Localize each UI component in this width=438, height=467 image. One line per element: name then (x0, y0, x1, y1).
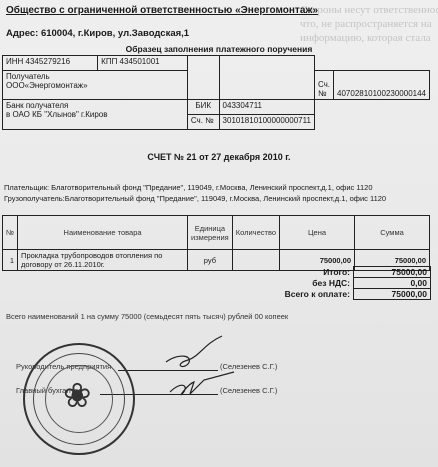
total-value: 75000,00 (354, 267, 431, 278)
col-header-unit: Единица измерения (188, 216, 233, 250)
due-label: Всего к оплате: (200, 289, 354, 300)
payment-sample-title: Образец заполнения платежного поручения (0, 44, 438, 54)
summary-line: Всего наименований 1 на сумму 75000 (сем… (6, 312, 288, 321)
vat-value: 0,00 (354, 278, 431, 289)
consignee-line: Грузополучатель:Благотворительный фонд "… (4, 194, 386, 203)
col-header-name: Наименование товара (18, 216, 188, 250)
bank-name: в ОАО КБ "Хлынов" г.Киров (6, 110, 184, 119)
payer-line: Плательщик: Благотворительный фонд "Пред… (4, 183, 373, 192)
kpp-cell: КПП 434501001 (98, 56, 188, 71)
invoice-title: СЧЕТ № 21 от 27 декабря 2010 г. (0, 152, 438, 162)
row-name: Прокладка трубопроводов отопления по дог… (18, 250, 188, 271)
bank-cell: Банк получателя в ОАО КБ "Хлынов" г.Киро… (3, 100, 188, 130)
bik-value: 043304711 (219, 100, 314, 115)
recipient-label: Получатель (6, 72, 184, 81)
corr-account-label: Сч. № (187, 115, 219, 130)
col-header-sum: Сумма (355, 216, 430, 250)
total-label: Итого: (200, 267, 354, 278)
bleed-through-text: информацию, которая стала (300, 32, 431, 44)
vat-label: без НДС: (200, 278, 354, 289)
bik-label: БИК (187, 100, 219, 115)
company-stamp: ❀ (23, 343, 135, 455)
organization-name: Общество с ограниченной ответственностью… (6, 5, 318, 16)
bank-label: Банк получателя (6, 101, 184, 110)
col-header-price: Цена (280, 216, 355, 250)
bleed-through-text: Стороны несут ответственность (300, 4, 438, 16)
recipient-name: ООО«Энергомонтаж» (6, 81, 184, 90)
recipient-cell: Получатель ООО«Энергомонтаж» (3, 71, 188, 100)
col-header-qty: Количество (232, 216, 279, 250)
organization-address: Адрес: 610004, г.Киров, ул.Заводская,1 (6, 28, 189, 39)
inn-cell: ИНН 4345279216 (3, 56, 98, 71)
totals-block: Итого: 75000,00 без НДС: 0,00 Всего к оп… (200, 266, 431, 300)
account-number: 40702810100230000144 (334, 71, 430, 100)
handwritten-signature (160, 334, 240, 404)
col-header-num: № (3, 216, 18, 250)
corr-account-number: 30101810100000000711 (219, 115, 314, 130)
items-table: № Наименование товара Единица измерения … (2, 215, 430, 271)
bleed-through-text: что, не распространяется на (300, 18, 432, 30)
invoice-document: Стороны несут ответственность что, не ра… (0, 0, 438, 467)
row-num: 1 (3, 250, 18, 271)
eagle-emblem-icon: ❀ (63, 379, 92, 413)
due-value: 75000,00 (354, 289, 431, 300)
account-label: Сч. № (314, 71, 333, 100)
bank-details-table: ИНН 4345279216 КПП 434501001 Получатель … (2, 55, 430, 130)
